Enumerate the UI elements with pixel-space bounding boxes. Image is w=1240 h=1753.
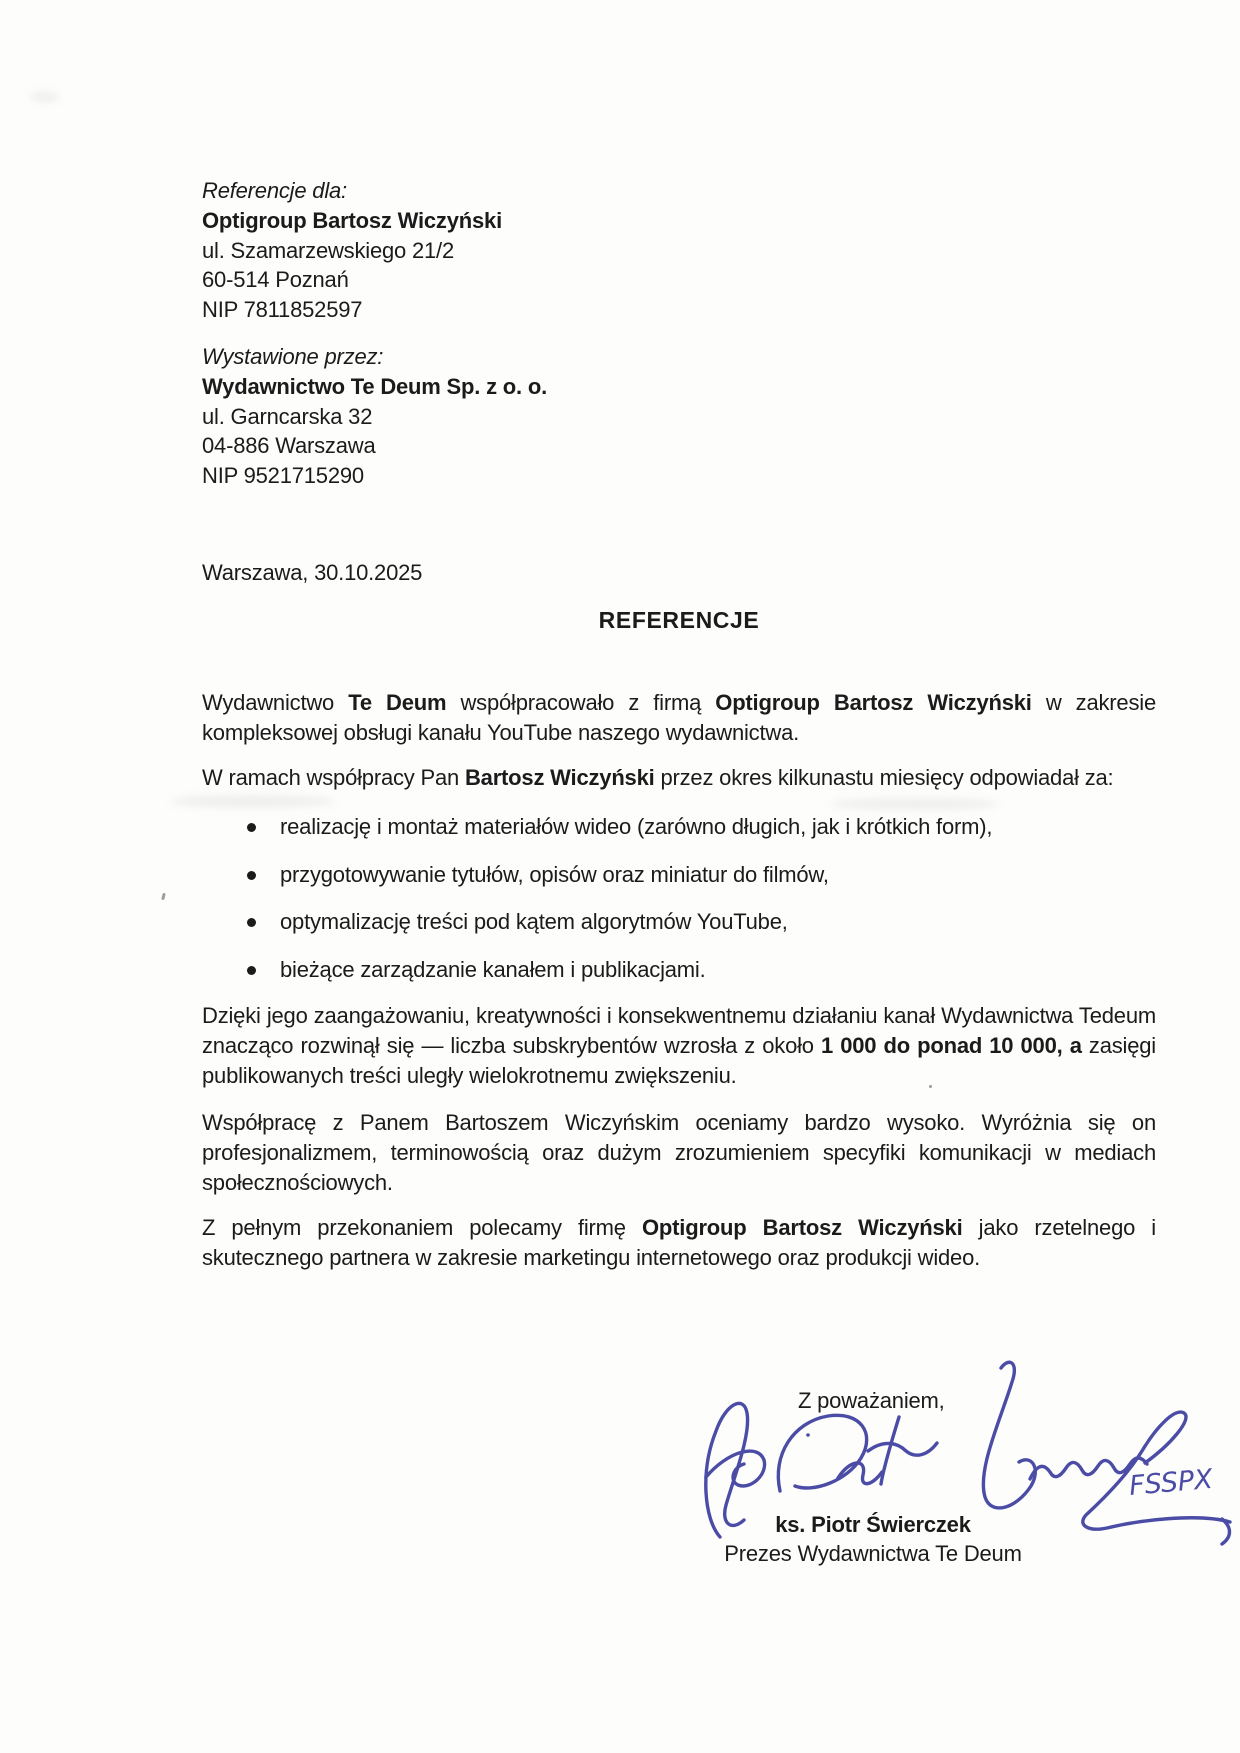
bold-text-segment: 1 000 do ponad 10 000, a [821,1033,1082,1058]
list-item: bieżące zarządzanie kanałem i publikacja… [202,955,1156,985]
signature-stroke [706,1451,765,1486]
signer-block: ks. Piotr Świerczek Prezes Wydawnictwa T… [690,1511,1056,1569]
page-title: REFERENCJE [202,607,1156,634]
paragraph-scope: W ramach współpracy Pan Bartosz Wiczyńsk… [202,763,1113,793]
list-item-text: realizację i montaż materiałów wideo (za… [280,814,992,839]
signature-stroke [838,1463,882,1484]
paragraph-results: Dzięki jego zaangażowaniu, kreatywności … [202,1001,1156,1091]
signer-name: ks. Piotr Świerczek [690,1511,1056,1539]
list-item: optymalizację treści pod kątem algorytmó… [202,907,1156,937]
recipient-city: 60-514 Poznań [202,265,502,295]
recipient-label: Referencje dla: [202,176,502,206]
signature-stroke [868,1443,937,1455]
scanned-reference-letter: Referencje dla: Optigroup Bartosz Wiczyń… [0,0,1240,1753]
issuer-nip: NIP 9521715290 [202,461,547,491]
recipient-street: ul. Szamarzewskiego 21/2 [202,236,502,266]
paragraph-recommendation: Z pełnym przekonaniem polecamy firmę Opt… [202,1213,1156,1273]
dateline: Warszawa, 30.10.2025 [202,558,422,588]
signature-annotation: FSSPX [1128,1464,1215,1502]
signature-stroke [806,1433,810,1437]
issuer-block: Wystawione przez: Wydawnictwo Te Deum Sp… [202,342,547,491]
list-item: przygotowywanie tytułów, opisów oraz min… [202,860,1156,890]
bold-text-segment: Optigroup Bartosz Wiczyński [715,690,1031,715]
bold-text-segment: Optigroup Bartosz Wiczyński [642,1215,963,1240]
scan-smudge [170,795,335,808]
list-item-text: bieżące zarządzanie kanałem i publikacja… [280,957,706,982]
scan-smudge [30,92,60,102]
scan-smudge [830,798,1000,810]
list-item-text: optymalizację treści pod kątem algorytmó… [280,909,788,934]
recipient-nip: NIP 7811852597 [202,295,502,325]
issuer-street: ul. Garncarska 32 [202,402,547,432]
signature-stroke [881,1417,899,1484]
signature-stroke [1030,1458,1147,1479]
list-item: realizację i montaż materiałów wideo (za… [202,812,1156,842]
bold-text-segment: Te Deum [348,690,446,715]
responsibilities-list: realizację i montaż materiałów wideo (za… [202,812,1156,1002]
text-segment: Współpracę z Panem Bartoszem Wiczyńskim … [202,1110,1156,1195]
text-segment: Wydawnictwo [202,690,348,715]
signature-stroke [983,1362,1035,1508]
recipient-block: Referencje dla: Optigroup Bartosz Wiczyń… [202,176,502,325]
signature-stroke [778,1415,866,1491]
issuer-label: Wystawione przez: [202,342,547,372]
text-segment: przez okres kilkunastu miesięcy odpowiad… [655,765,1114,790]
signature-stroke [1083,1412,1230,1544]
text-segment: współpracowało z firmą [446,690,715,715]
paragraph-intro: Wydawnictwo Te Deum współpracowało z fir… [202,688,1156,748]
salutation: Z poważaniem, [798,1388,945,1414]
bold-text-segment: Bartosz Wiczyński [465,765,655,790]
text-segment: W ramach współpracy Pan [202,765,465,790]
paragraph-evaluation: Współpracę z Panem Bartoszem Wiczyńskim … [202,1108,1156,1198]
signer-role: Prezes Wydawnictwa Te Deum [690,1539,1056,1569]
list-item-text: przygotowywanie tytułów, opisów oraz min… [280,862,829,887]
recipient-name: Optigroup Bartosz Wiczyński [202,206,502,236]
issuer-name: Wydawnictwo Te Deum Sp. z o. o. [202,372,547,402]
issuer-city: 04-886 Warszawa [202,431,547,461]
scan-mark [161,893,166,901]
text-segment: Z pełnym przekonaniem polecamy firmę [202,1215,642,1240]
